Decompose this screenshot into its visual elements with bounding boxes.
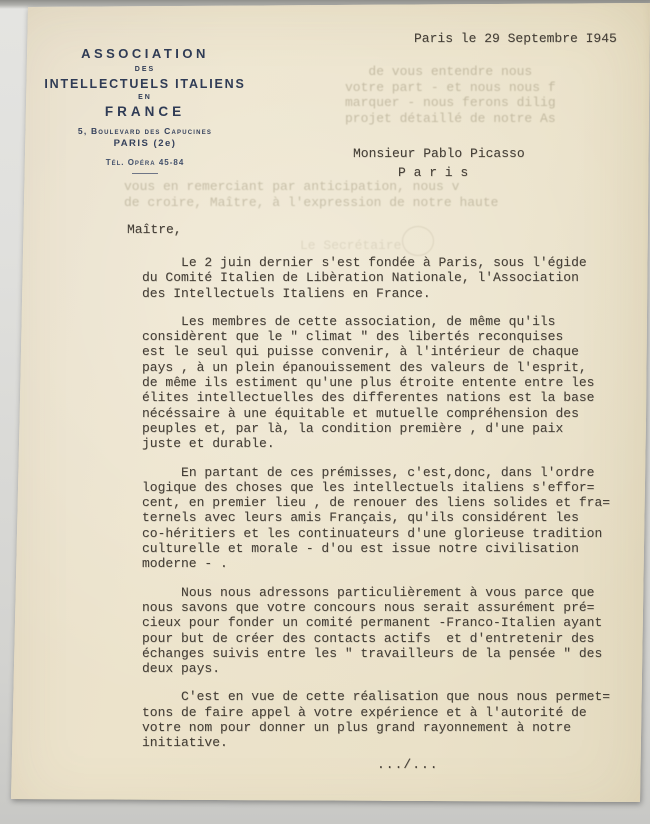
letterhead-org-line: INTELLECTUELS ITALIENS: [35, 77, 255, 91]
letterhead-phone: Tél. Opéra 45-84: [35, 158, 255, 167]
recipient-block: Monsieur Pablo Picasso P a r i s: [353, 146, 525, 181]
scanned-letter: de vous entendre nous votre part - et no…: [0, 0, 650, 824]
letterhead-org-line: FRANCE: [35, 104, 255, 119]
letterhead-address-street: 5, Boulevard des Capucines: [35, 126, 255, 136]
recipient-city: P a r i s: [398, 165, 525, 180]
show-through-top-text: de vous entendre nous votre part - et no…: [345, 64, 556, 126]
show-through-signature-text: Le Secrétaire: [300, 238, 401, 254]
show-through-closing-text: vous en remerciant par anticipation, nou…: [124, 179, 498, 210]
recipient-name: Monsieur Pablo Picasso: [353, 146, 525, 161]
paragraph: Le 2 juin dernier s'est fondée à Paris, …: [142, 255, 636, 301]
paragraph: En partant de ces prémisses, c'est,donc,…: [142, 465, 636, 572]
letterhead-org-line: ASSOCIATION: [35, 46, 255, 61]
letter-page: de vous entendre nous votre part - et no…: [0, 0, 650, 824]
paragraph: Les membres de cette association, de mêm…: [142, 314, 636, 452]
date-line: Paris le 29 Septembre I945: [414, 31, 617, 46]
letterhead-org-line: EN: [35, 94, 255, 101]
salutation: Maître,: [127, 222, 182, 237]
paragraph: Nous nous adressons particulièrement à v…: [142, 585, 636, 677]
letterhead-rule: [132, 173, 158, 174]
continuation-mark: .../...: [377, 757, 439, 772]
show-through-stamp-circle: [402, 226, 434, 256]
letter-body: Le 2 juin dernier s'est fondée à Paris, …: [142, 255, 636, 764]
letterhead-org: ASSOCIATIONDESINTELLECTUELS ITALIENSENFR…: [35, 46, 255, 119]
letterhead: ASSOCIATIONDESINTELLECTUELS ITALIENSENFR…: [35, 46, 255, 174]
paragraph: C'est en vue de cette réalisation que no…: [142, 689, 636, 750]
letterhead-address-city: PARIS (2e): [35, 138, 255, 149]
letterhead-org-line: DES: [35, 66, 255, 73]
